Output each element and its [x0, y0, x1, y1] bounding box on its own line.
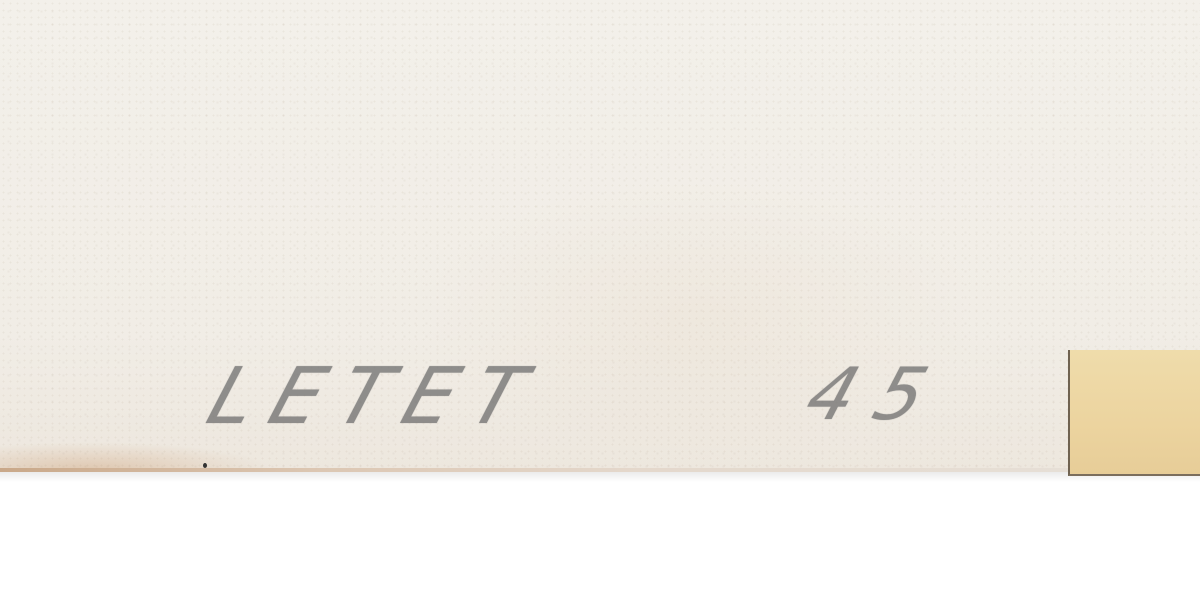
- pencil-inscription-word: LETET: [197, 352, 554, 442]
- paper-shadow: [0, 472, 1200, 482]
- paper-sheet: [0, 0, 1200, 472]
- ink-dot: [203, 463, 207, 468]
- adhesive-tape: [1068, 350, 1200, 476]
- pencil-inscription-number: 45: [796, 352, 959, 436]
